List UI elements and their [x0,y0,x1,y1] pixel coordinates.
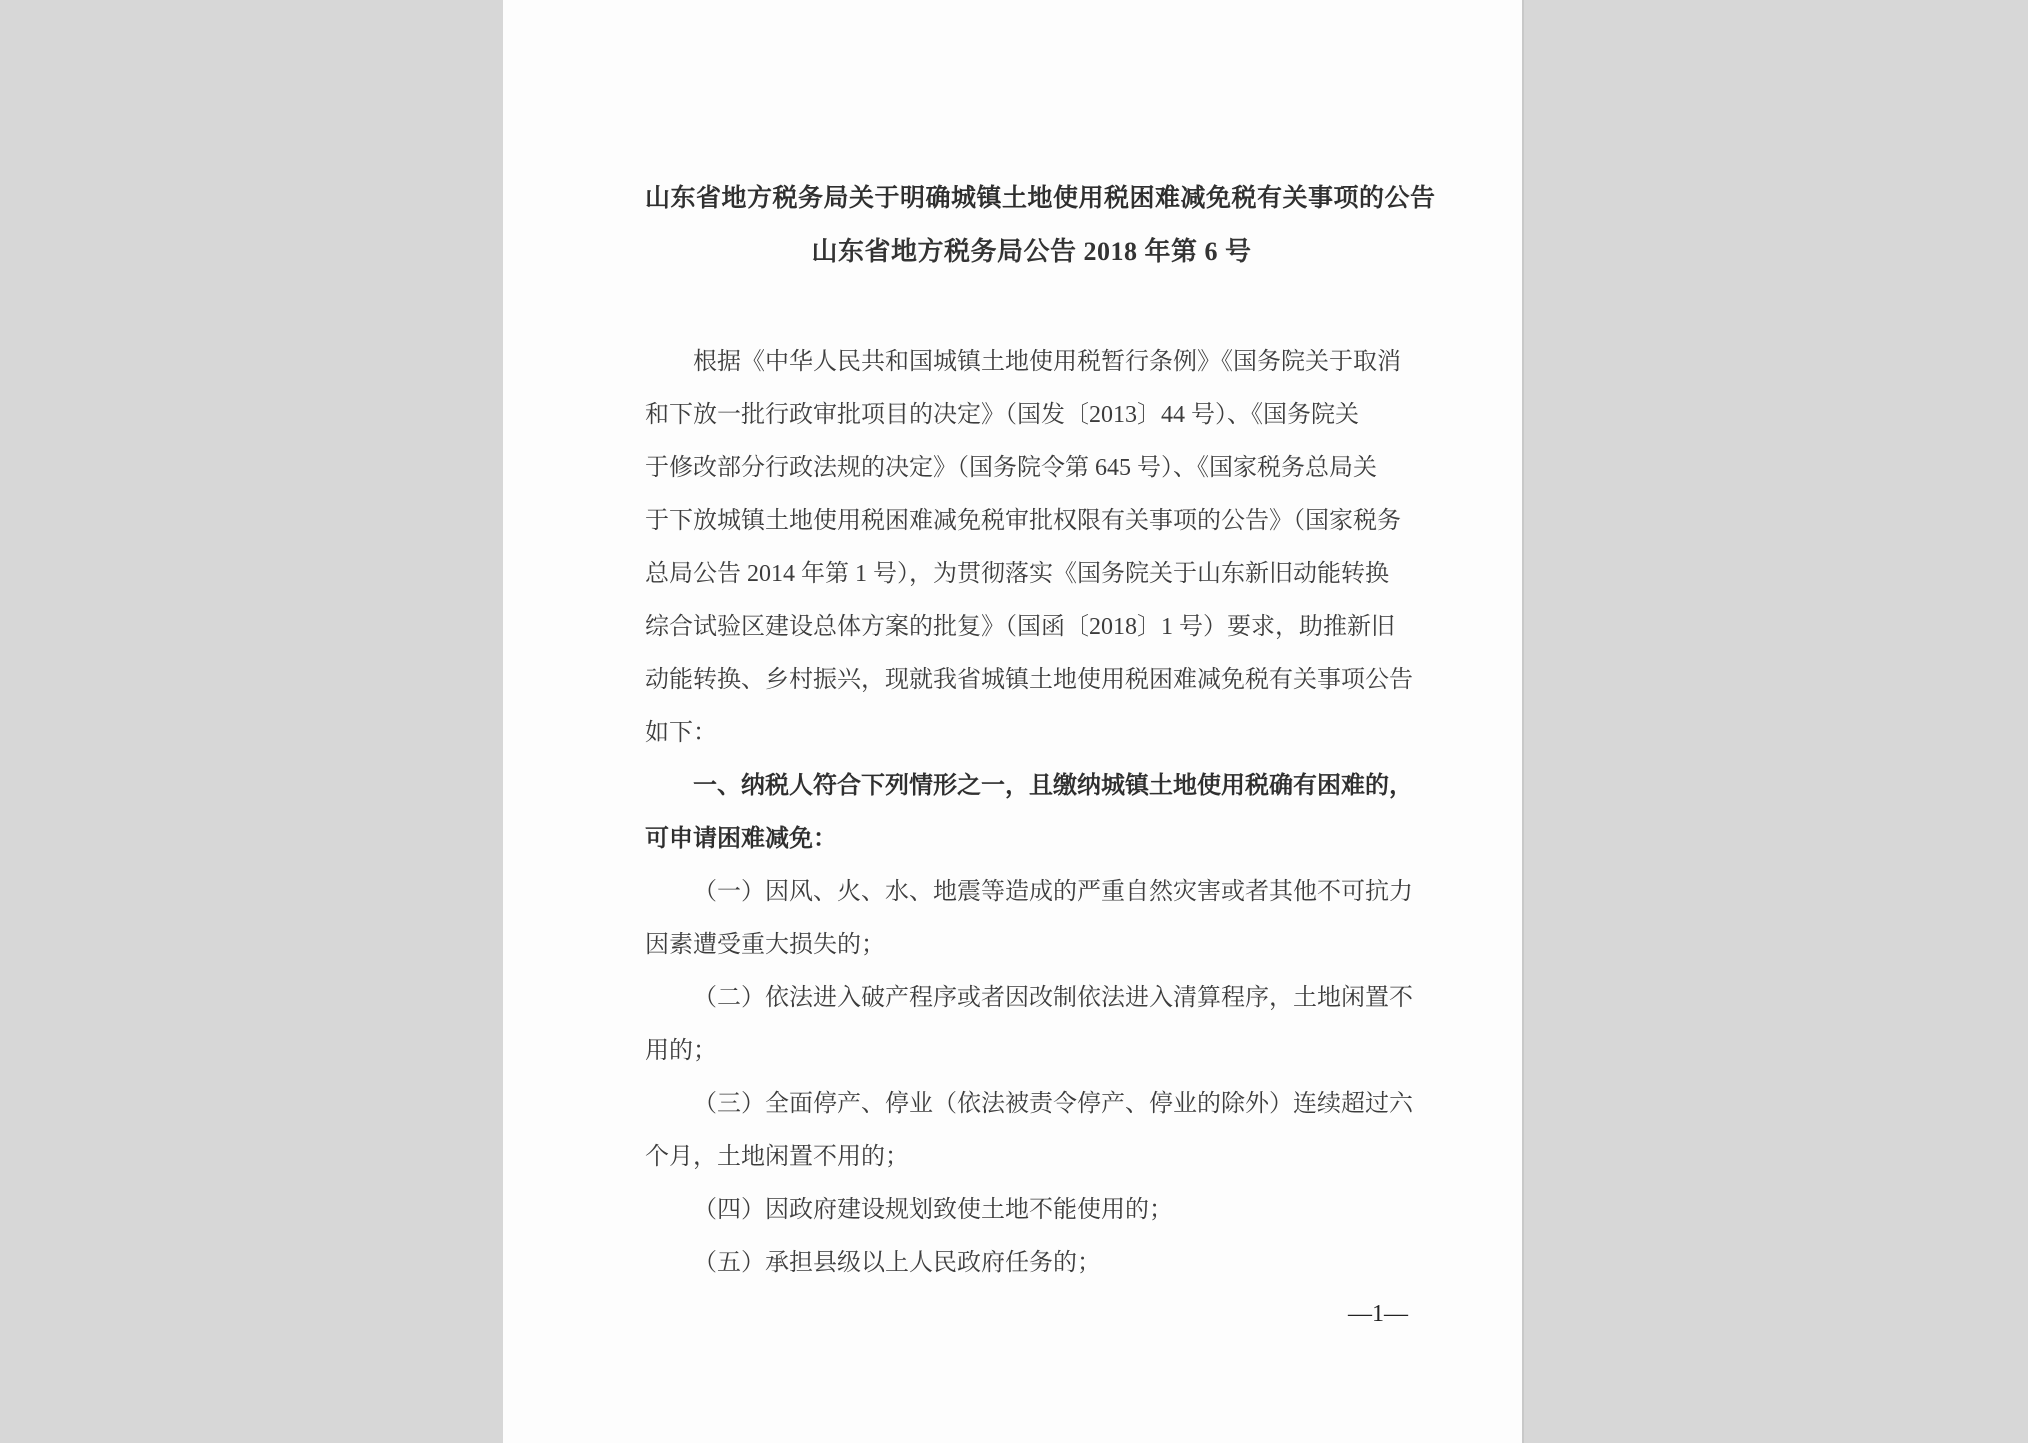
body-line: 动能转换、乡村振兴，现就我省城镇土地使用税困难减免税有关事项公告 [645,654,1418,707]
document-body: 根据《中华人民共和国城镇土地使用税暂行条例》《国务院关于取消和下放一批行政审批项… [645,336,1418,1290]
document-page: 山东省地方税务局关于明确城镇土地使用税困难减免税有关事项的公告 山东省地方税务局… [503,0,1524,1443]
body-line: 可申请困难减免： [645,813,1418,866]
body-line: （二）依法进入破产程序或者因改制依法进入清算程序，土地闲置不 [645,972,1418,1025]
document-subtitle: 山东省地方税务局公告 2018 年第 6 号 [645,225,1418,278]
body-line: （五）承担县级以上人民政府任务的； [645,1237,1418,1290]
body-line: 一、纳税人符合下列情形之一，且缴纳城镇土地使用税确有困难的， [645,760,1418,813]
body-line: 根据《中华人民共和国城镇土地使用税暂行条例》《国务院关于取消 [645,336,1418,389]
scan-background: 山东省地方税务局关于明确城镇土地使用税困难减免税有关事项的公告 山东省地方税务局… [0,0,2028,1443]
body-line: 综合试验区建设总体方案的批复》（国函〔2018〕1 号）要求，助推新旧 [645,601,1418,654]
body-line: 因素遭受重大损失的； [645,919,1418,972]
body-line: 用的； [645,1025,1418,1078]
body-line: 于修改部分行政法规的决定》（国务院令第 645 号）、《国家税务总局关 [645,442,1418,495]
body-line: （一）因风、火、水、地震等造成的严重自然灾害或者其他不可抗力 [645,866,1418,919]
document-content: 山东省地方税务局关于明确城镇土地使用税困难减免税有关事项的公告 山东省地方税务局… [645,0,1418,1338]
body-line: 于下放城镇土地使用税困难减免税审批权限有关事项的公告》（国家税务 [645,495,1418,548]
body-line: （四）因政府建设规划致使土地不能使用的； [645,1184,1418,1237]
page-number: —1— [645,1290,1418,1338]
document-title: 山东省地方税务局关于明确城镇土地使用税困难减免税有关事项的公告 [645,172,1418,225]
body-line: 如下： [645,707,1418,760]
body-line: 总局公告 2014 年第 1 号），为贯彻落实《国务院关于山东新旧动能转换 [645,548,1418,601]
body-line: （三）全面停产、停业（依法被责令停产、停业的除外）连续超过六 [645,1078,1418,1131]
body-line: 和下放一批行政审批项目的决定》（国发〔2013〕44 号）、《国务院关 [645,389,1418,442]
body-line: 个月，土地闲置不用的； [645,1131,1418,1184]
